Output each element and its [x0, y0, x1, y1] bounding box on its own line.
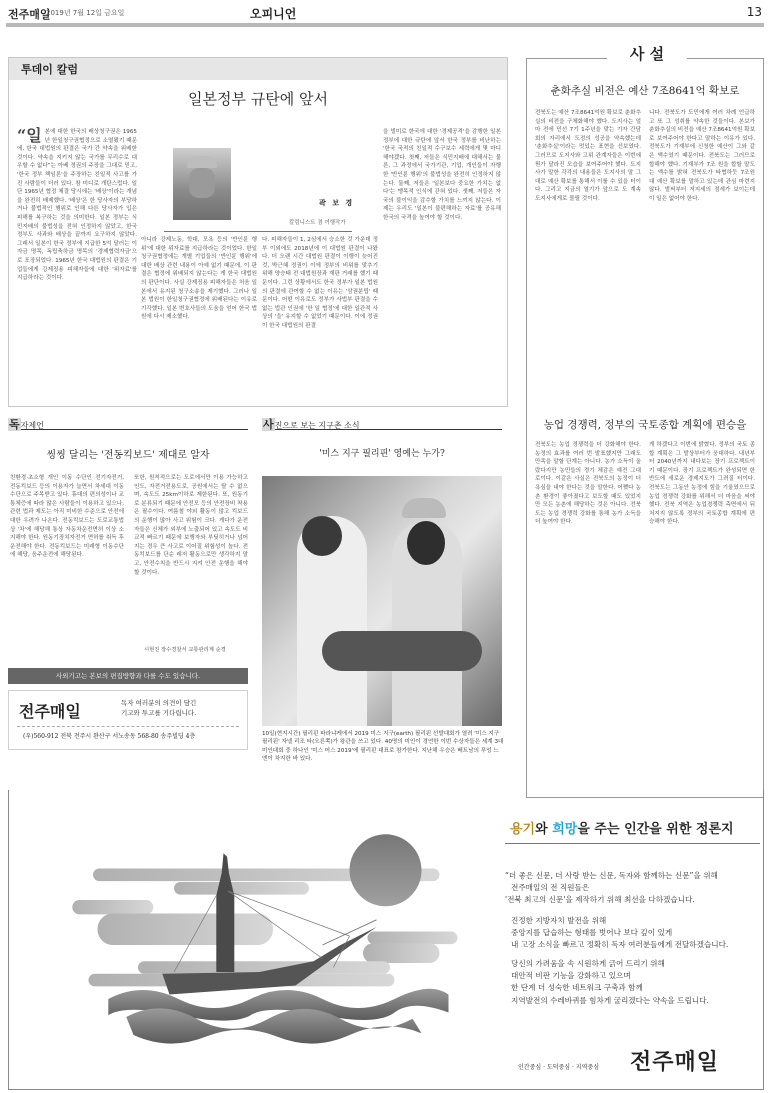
- photo-section-label: 사진으로 보는 지구촌 소식: [262, 416, 502, 430]
- pen-nib-ship-icon: [29, 810, 499, 1080]
- postal-address: (우)560-912 전북 전주시 완산구 서노송동 568-80 송주빌딩 4…: [23, 731, 195, 740]
- column-text-1: “일본에 대한 한국의 배상청구권은 1965년 한일청구권협정으로 소멸됐기 …: [17, 128, 137, 398]
- ad-logo: 전주매일: [630, 1045, 719, 1076]
- column-label: 투데이 칼럼: [9, 58, 507, 80]
- editorial-1-text-2: 니다. 전북도가 도민에게 여러 차례 언급하고 또 그 성취를 약속한 것들이…: [649, 109, 755, 429]
- dropcap: “일: [17, 128, 42, 144]
- photo-caption: 10일(현지시간) 필리핀 파라냐케에서 2019 미스 지구(earth) 필…: [262, 730, 504, 764]
- ad-paragraph-1: “더 좋은 신문, 더 사랑 받는 신문, 독자와 함께하는 신문”을 위해 전…: [505, 870, 718, 907]
- newspaper-logo: 전주매일: [19, 699, 81, 722]
- reader-signature: 시현진 장수경찰서 교통관리계 순경: [144, 646, 248, 655]
- reader-text-1: 친환경·초소형 개인 이동 수단인 전기자전거, 전동킥보드 등의 이용자가 늘…: [10, 474, 124, 644]
- reader-text-2: 또한, 원칙적으로는 도로에서만 이용 가능하고 인도, 자전거전용도로, 공원…: [134, 474, 248, 634]
- ad-slogan: 용기와 희망을 주는 인간을 위한 정론지: [510, 818, 734, 837]
- editorial-label: 사 설: [607, 43, 687, 64]
- column-text-3: 다. 피해자들이 1, 2심에서 승소한 것 가운데 정부 이외에도 2018년…: [262, 236, 378, 396]
- crown-icon: [402, 498, 446, 518]
- column-text-2: 아니라 강제노동, 학대, 모욕 등의 '반인륜 행위'에 대한 위자료를 지급…: [141, 236, 257, 396]
- ad-border-right: [763, 790, 764, 1090]
- page-header: 전주매일 2019년 7월 12일 금요일 오피니언 13: [6, 4, 764, 26]
- disclaimer-bar: 사외기고는 본보의 편집방향과 다를 수도 있습니다.: [8, 668, 248, 684]
- editorial-1-text-1: 전북도는 예산 7조8641억원 확보로 춘화추실의 비전을 구체화해야 했다.…: [535, 109, 641, 429]
- today-column: 투데이 칼럼 일본정부 규탄에 앞서 “일본에 대한 한국의 배상청구권은 19…: [8, 57, 508, 407]
- dashed-divider: [17, 726, 239, 727]
- contribution-message: 독자 여러분의 의견이 담긴 기고와 투고를 기다립니다.: [121, 698, 196, 718]
- editorial-2-text-1: 전북도는 농업 경쟁력을 더 강화해야 한다. 농정의 효과를 여러 번 발표했…: [535, 441, 641, 791]
- editorial-title-1: 춘화추실 비전은 예산 7조8641억 확보로: [527, 83, 763, 98]
- author-name: 곽 보 경: [319, 198, 354, 208]
- ad-tagline: 인간중심 · 도덕중심 · 지역중심: [518, 1062, 599, 1071]
- bouquet: [322, 631, 482, 671]
- author-photo: [173, 148, 231, 220]
- editorial-box: 사 설 춘화추실 비전은 예산 7조8641억 확보로 전북도는 예산 7조86…: [526, 58, 764, 798]
- reader-section-label: 독자제언: [8, 416, 248, 430]
- editorial-2-text-2: 게 하겠다고 이번에 밝혔다. 정부의 국토 종합 계획은 그 발상부터가 웅대…: [649, 441, 755, 791]
- section-title: 오피니언: [250, 5, 296, 22]
- author-divider: [164, 231, 352, 232]
- author-role: 칼럼니스트 겸 여행작가: [289, 218, 346, 226]
- ad-paragraph-2: 진정한 지방자치 발전을 위해 중앙지를 답습하는 형태를 벗어나 보다 깊이 …: [505, 915, 728, 952]
- reader-title: 씽씽 달리는 '전동킥보드' 제대로 알자: [8, 446, 248, 461]
- column-text-4: 을 빌미로 한국에 대한 '경제공격'을 감행한 일본정부에 대한 규탄에 앞서…: [383, 128, 501, 398]
- photo-news-title: '미스 지구 필리핀' 영예는 누가?: [262, 446, 502, 459]
- editorial-title-2: 농업 경쟁력, 정부의 국토종합 계획에 편승을: [527, 417, 763, 432]
- ad-divider: [505, 843, 760, 844]
- masthead-brand: 전주매일: [8, 6, 51, 22]
- issue-date: 2019년 7월 12일 금요일: [46, 8, 124, 18]
- header-rule: [6, 23, 764, 27]
- page-number: 13: [747, 5, 762, 19]
- ad-paragraph-3: 당신의 가려움을 속 시원하게 긁어 드리기 위해 대안적 비판 기능을 강화하…: [505, 958, 709, 1007]
- contribution-box: 전주매일 독자 여러분의 의견이 담긴 기고와 투고를 기다립니다. (우)56…: [8, 690, 248, 750]
- column-title: 일본정부 규탄에 앞서: [9, 88, 507, 109]
- pageant-photo: [262, 476, 502, 726]
